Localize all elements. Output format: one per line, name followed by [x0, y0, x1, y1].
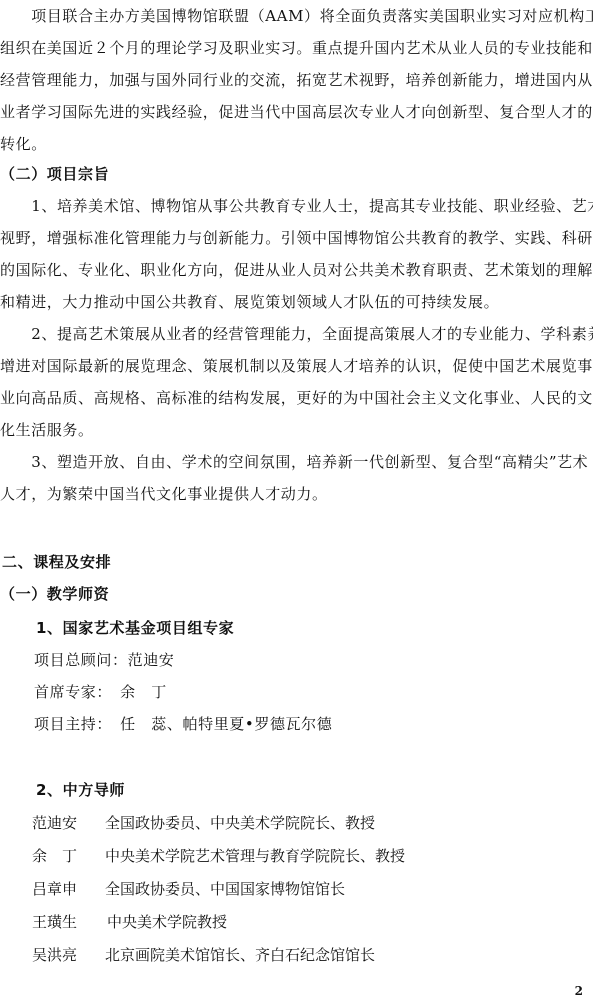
mentor-role: 全国政协委员、中央美术学院院长、教授 [105, 813, 375, 833]
intro-line: 经营管理能力，加强与国外同行业的交流，拓宽艺术视野，培养创新能力，增进国内从 [0, 70, 593, 90]
intro-line: 组织在美国近２个月的理论学习及职业实习。重点提升国内艺术从业人员的专业技能和 [0, 38, 593, 58]
section-heading-courses: 二、课程及安排 [2, 552, 111, 572]
purpose-p2-line: 增进对国际最新的展览理念、策展机制以及策展人才培养的认识，促使中国艺术展览事 [0, 356, 593, 376]
expert-item: 项目总顾问：范迪安 [34, 650, 174, 670]
section-heading-purpose: （二）项目宗旨 [0, 164, 109, 184]
mentor-role: 中央美术学院教授 [107, 912, 227, 932]
intro-line: 项目联合主办方美国博物馆联盟（AAM）将全面负责落实美国职业实习对应机构工作， [0, 6, 593, 26]
intro-line: 业者学习国际先进的实践经验，促进当代中国高层次专业人才向创新型、复合型人才的 [0, 102, 593, 122]
purpose-p3-line: 3、塑造开放、自由、学术的空间氛围，培养新一代创新型、复合型“高精尖”艺术 [0, 452, 588, 472]
mentor-role: 北京画院美术馆馆长、齐白石纪念馆馆长 [105, 945, 375, 965]
experts-heading: 1、国家艺术基金项目组专家 [36, 618, 234, 638]
mentor-role: 全国政协委员、中国国家博物馆馆长 [105, 879, 345, 899]
purpose-p1-line: 视野，增强标准化管理能力与创新能力。引领中国博物馆公共教育的教学、实践、科研 [0, 228, 593, 248]
intro-line: 转化。 [0, 134, 47, 154]
page-number: 2 [575, 984, 583, 998]
purpose-p2-line: 2、提高艺术策展从业者的经营管理能力，全面提高策展人才的专业能力、学科素养， [0, 324, 593, 344]
purpose-p2-line: 化生活服务。 [0, 420, 94, 440]
subsection-heading-faculty: （一）教学师资 [0, 584, 109, 604]
purpose-p2-line: 业向高品质、高规格、高标准的结构发展，更好的为中国社会主义文化事业、人民的文 [0, 388, 593, 408]
purpose-p1-line: 的国际化、专业化、职业化方向，促进从业人员对公共美术教育职责、艺术策划的理解 [0, 260, 593, 280]
mentor-name: 吴洪亮 [32, 945, 77, 965]
mentor-name: 王璜生 [32, 912, 77, 932]
mentor-name: 范迪安 [32, 813, 77, 833]
mentor-name: 吕章申 [32, 879, 77, 899]
purpose-p1-line: 1、培养美术馆、博物馆从事公共教育专业人士，提高其专业技能、职业经验、艺术 [0, 196, 593, 216]
mentor-name: 余 丁 [32, 846, 77, 866]
mentor-role: 中央美术学院艺术管理与教育学院院长、教授 [105, 846, 405, 866]
purpose-p1-line: 和精进，大力推动中国公共教育、展览策划领域人才队伍的可持续发展。 [0, 292, 499, 312]
expert-item: 项目主持： 任 蕊、帕特里夏•罗德瓦尔德 [34, 714, 332, 734]
expert-item: 首席专家： 余 丁 [34, 682, 167, 702]
purpose-p3-line: 人才，为繁荣中国当代文化事业提供人才动力。 [0, 484, 328, 504]
mentors-heading: 2、中方导师 [36, 780, 125, 800]
